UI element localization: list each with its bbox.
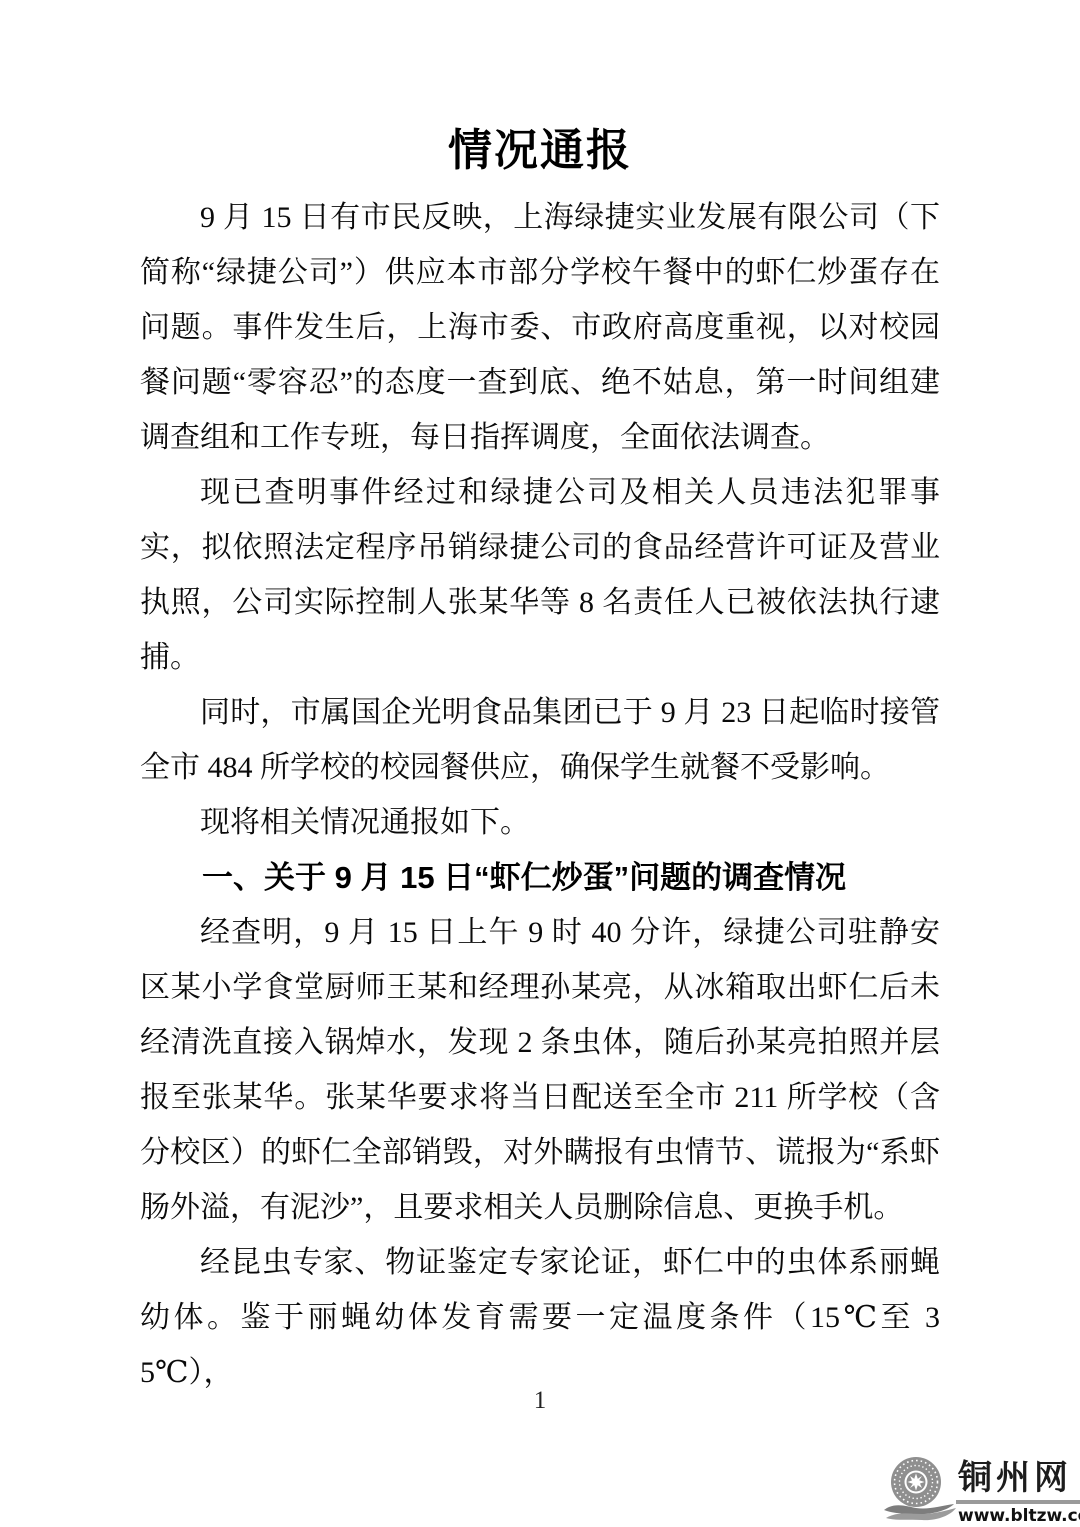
watermark-site-url: www.bltzw.com [958,1506,1080,1526]
paragraph: 经查明，9 月 15 日上午 9 时 40 分许，绿捷公司驻静安区某小学食堂厨师… [140,905,940,1235]
wheel-logo-icon [882,1454,960,1524]
watermark-divider [956,1500,1080,1504]
document-body: 情况通报 9 月 15 日有市民反映，上海绿捷实业发展有限公司（下简称“绿捷公司… [140,120,940,1400]
paragraph: 经昆虫专家、物证鉴定专家论证，虾仁中的虫体系丽蝇幼体。鉴于丽蝇幼体发育需要一定温… [140,1235,940,1400]
paragraph: 9 月 15 日有市民反映，上海绿捷实业发展有限公司（下简称“绿捷公司”）供应本… [140,190,940,465]
watermark-site-name: 铜州网 [958,1458,1080,1498]
paragraph: 现已查明事件经过和绿捷公司及相关人员违法犯罪事实，拟依照法定程序吊销绿捷公司的食… [140,465,940,685]
paragraph: 现将相关情况通报如下。 [140,795,940,850]
document-title: 情况通报 [140,120,940,182]
section-heading: 一、关于 9 月 15 日“虾仁炒蛋”问题的调查情况 [140,850,940,905]
page-number: 1 [0,1386,1080,1416]
paragraph: 同时，市属国企光明食品集团已于 9 月 23 日起临时接管全市 484 所学校的… [140,685,940,795]
watermark: 铜州网 www.bltzw.com [880,1440,1080,1527]
document-page: 情况通报 9 月 15 日有市民反映，上海绿捷实业发展有限公司（下简称“绿捷公司… [0,0,1080,1527]
